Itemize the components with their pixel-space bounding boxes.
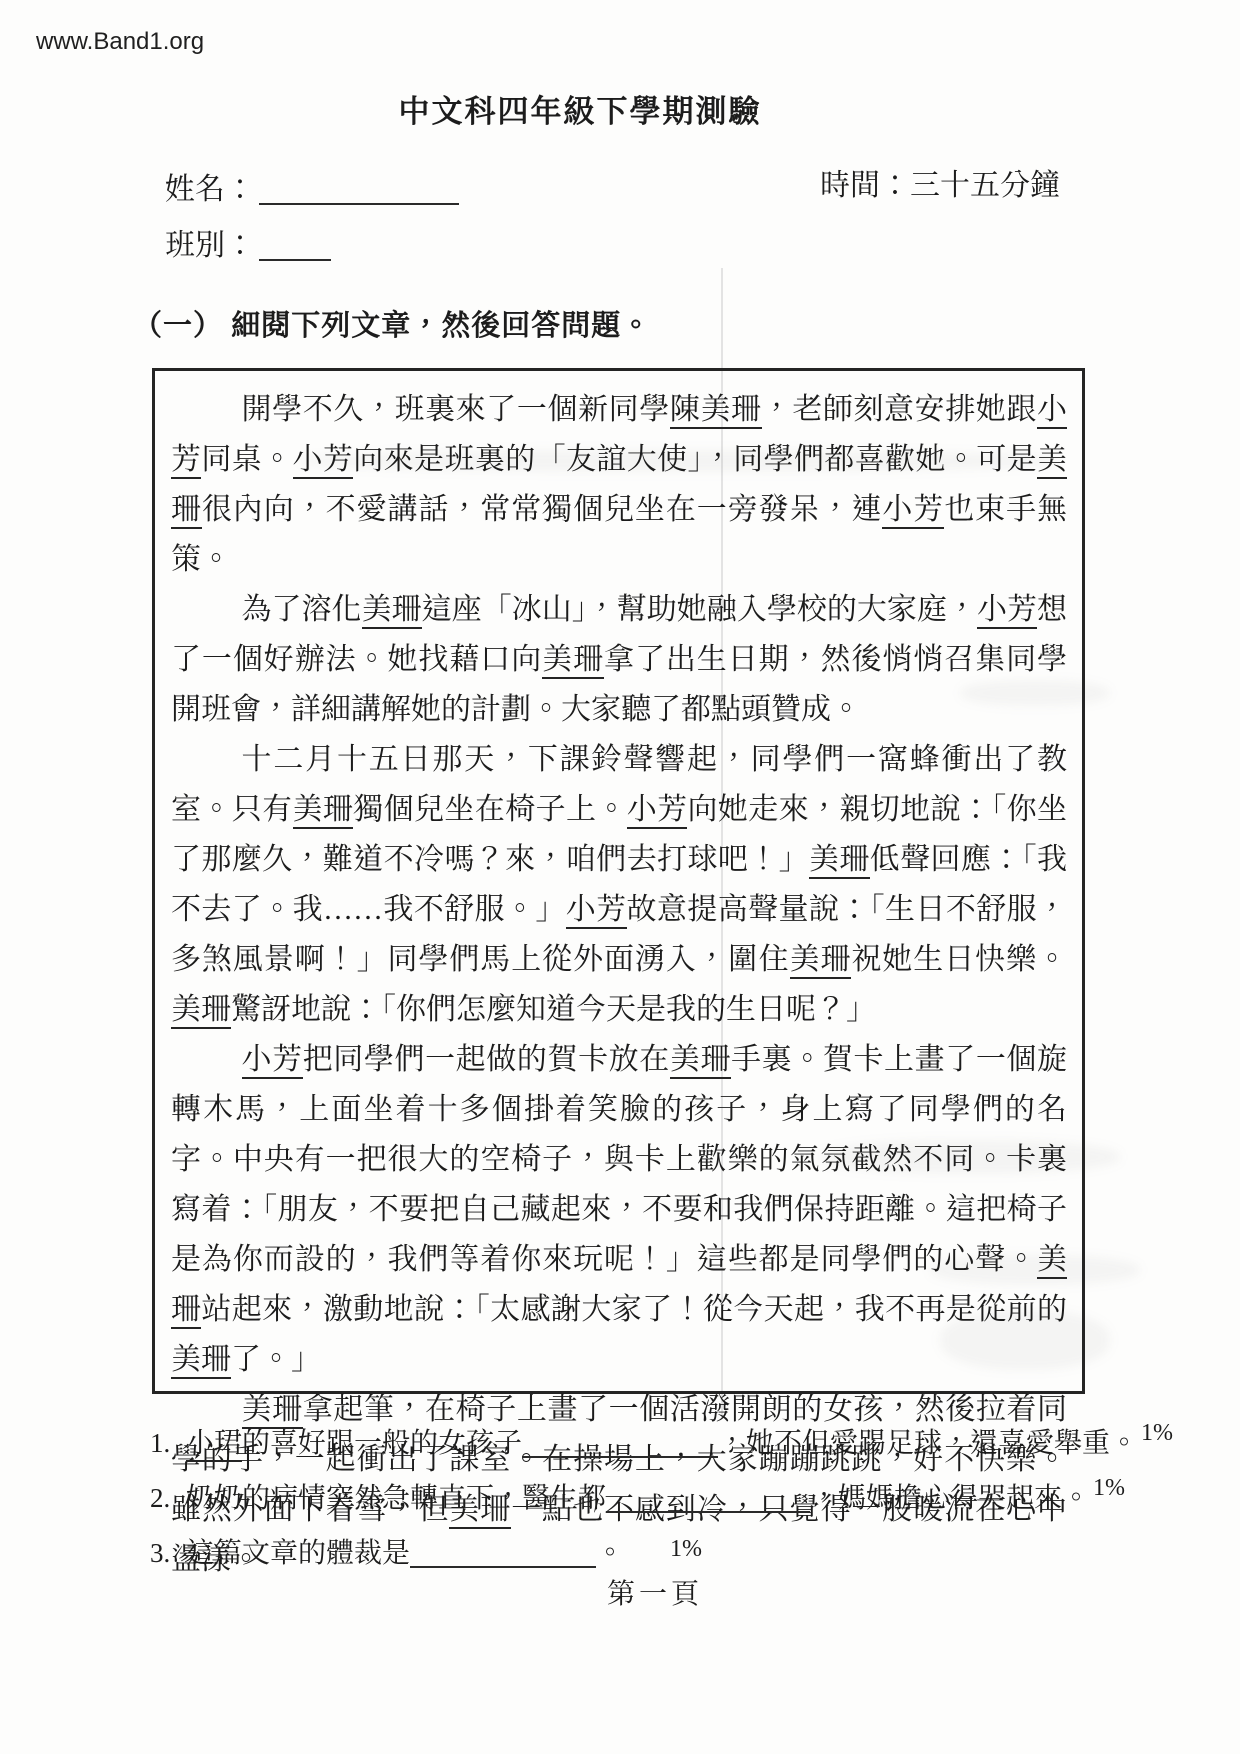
question-list: 1.小珺的喜好跟一般的女孩子，她不但愛踢足球，還喜愛舉重。1%2.奶奶的病情突然… <box>150 1426 1180 1591</box>
site-watermark: www.Band1.org <box>36 28 204 56</box>
passage-paragraph: 十二月十五日那天，下課鈴聲響起，同學們一窩蜂衝出了教室。只有美珊獨個兒坐在椅子上… <box>171 735 1067 1035</box>
text-run: 了。」 <box>231 1343 321 1376</box>
passage: 開學不久，班裏來了一個新同學陳美珊，老師刻意安排她跟小芳同桌。小芳向來是班裏的「… <box>171 385 1067 1585</box>
text-run: 站起來，激動地說：「太感謝大家了！從今天起，我不再是從前的 <box>201 1293 1067 1326</box>
class-field: 班別： <box>165 220 331 264</box>
passage-box: 開學不久，班裏來了一個新同學陳美珊，老師刻意安排她跟小芳同桌。小芳向來是班裏的「… <box>152 368 1085 1394</box>
text-run: 。 <box>596 1538 624 1569</box>
question-number: 2. <box>150 1481 186 1515</box>
proper-noun-underline: 美珊 <box>242 1393 303 1429</box>
proper-noun-underline: 美珊 <box>809 843 870 879</box>
text-run: 手裏。賀卡上畫了一個旋轉木馬，上面坐着十多個掛着笑臉的孩子，身上寫了同學們的名字… <box>171 1043 1067 1276</box>
passage-paragraph: 小芳把同學們一起做的賀卡放在美珊手裏。賀卡上畫了一個旋轉木馬，上面坐着十多個掛着… <box>171 1035 1067 1385</box>
text-run: 同桌。 <box>201 443 292 476</box>
proper-noun-underline: 陳美珊 <box>670 393 762 429</box>
proper-noun-underline: 美珊 <box>542 643 604 679</box>
text-run: 把同學們一起做的賀卡放在 <box>303 1043 670 1076</box>
text-run: 開學不久，班裏來了一個新同學 <box>242 393 670 426</box>
question-mark-value: 1% <box>670 1536 702 1562</box>
text-run: ，老師刻意安排她跟 <box>762 393 1037 426</box>
proper-noun-underline: 美珊 <box>362 593 422 629</box>
text-run: 獨個兒坐在椅子上。 <box>353 793 626 826</box>
question-mark-value: 1% <box>1093 1475 1125 1501</box>
text-run: 的喜好跟一般的女孩子 <box>242 1428 522 1459</box>
page-number: 第一頁 <box>165 1572 1145 1612</box>
proper-noun-underline: 美珊 <box>293 793 354 829</box>
question-row: 2.奶奶的病情突然急轉直下，醫生都，媽媽擔心得哭起來。1% <box>150 1481 1180 1536</box>
text-run: 這篇文章的體裁是 <box>186 1538 410 1569</box>
section-heading: （一） 細閱下列文章，然後回答問題。 <box>133 303 651 344</box>
name-label: 姓名： <box>165 173 255 206</box>
question-number: 3. <box>150 1536 186 1570</box>
proper-noun-underline: 小芳 <box>293 443 354 479</box>
proper-noun-underline: 小芳 <box>242 1043 303 1079</box>
answer-blank <box>522 1430 718 1458</box>
name-blank <box>259 173 459 205</box>
passage-paragraph: 為了溶化美珊這座「冰山」，幫助她融入學校的大家庭，小芳想了一個好辦法。她找藉口向… <box>171 585 1067 735</box>
answer-blank <box>606 1485 810 1513</box>
text-run: 向來是班裏的「友誼大使」，同學們都喜歡她。可是 <box>353 443 1037 476</box>
class-blank <box>259 229 331 261</box>
proper-noun-underline: 美珊 <box>790 943 852 979</box>
text-run: ，媽媽擔心得哭起來。 <box>810 1483 1090 1514</box>
proper-noun-underline: 美珊 <box>171 1343 231 1379</box>
proper-noun-underline: 美珊 <box>670 1043 731 1079</box>
text-run: 奶奶的病情突然急轉直下，醫生都 <box>186 1483 606 1514</box>
text-run: 很內向，不愛講話，常常獨個兒坐在一旁發呆，連 <box>202 493 882 526</box>
proper-noun-underline: 美珊 <box>171 993 231 1029</box>
proper-noun-underline: 小芳 <box>566 893 627 929</box>
proper-noun-underline: 小珺 <box>186 1428 242 1462</box>
name-field: 姓名： <box>165 164 459 208</box>
page-title: 中文科四年級下學期測驗 <box>165 86 995 131</box>
text-run: 祝她生日快樂。 <box>851 943 1067 976</box>
question-mark-value: 1% <box>1141 1420 1173 1446</box>
scanned-test-paper-page: www.Band1.org 中文科四年級下學期測驗 姓名： 時間：三十五分鐘 班… <box>0 0 1240 1754</box>
question-row: 1.小珺的喜好跟一般的女孩子，她不但愛踢足球，還喜愛舉重。1% <box>150 1426 1180 1481</box>
proper-noun-underline: 小芳 <box>627 793 688 829</box>
text-run: 驚訝地說：「你們怎麼知道今天是我的生日呢？」 <box>231 993 876 1026</box>
class-label: 班別： <box>165 229 255 262</box>
proper-noun-underline: 小芳 <box>977 593 1037 629</box>
text-run: 這座「冰山」，幫助她融入學校的大家庭， <box>422 593 977 626</box>
proper-noun-underline: 小芳 <box>882 493 944 529</box>
question-number: 1. <box>150 1426 186 1460</box>
time-label: 時間：三十五分鐘 <box>820 160 1060 204</box>
text-run: 為了溶化 <box>242 593 362 626</box>
passage-paragraph: 開學不久，班裏來了一個新同學陳美珊，老師刻意安排她跟小芳同桌。小芳向來是班裏的「… <box>171 385 1067 585</box>
text-run: ，她不但愛踢足球，還喜愛舉重。 <box>718 1428 1138 1459</box>
answer-blank <box>410 1540 596 1568</box>
